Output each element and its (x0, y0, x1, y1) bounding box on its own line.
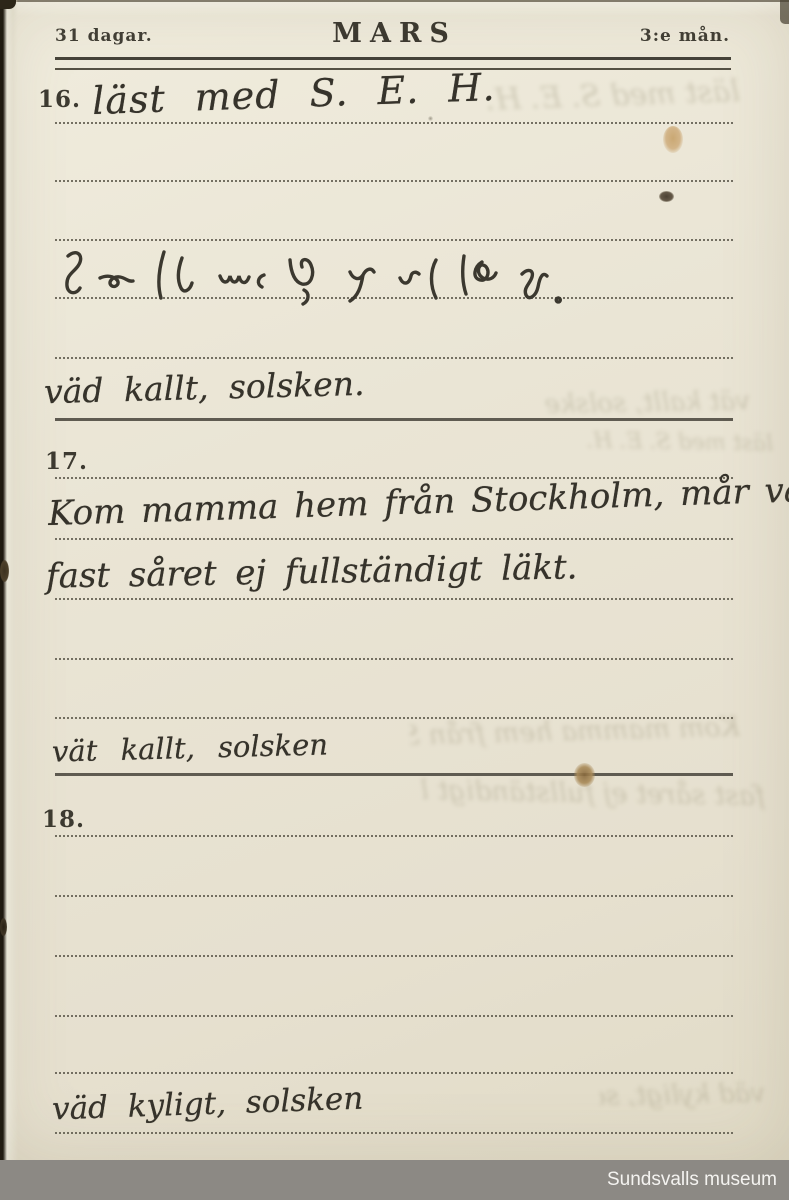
museum-credit-label: Sundsvalls museum (607, 1160, 777, 1200)
ruled-line (55, 538, 733, 540)
ruled-line (55, 598, 733, 600)
weather-note-16: väd kallt, solsken. (44, 364, 365, 411)
stitch-knot (0, 560, 9, 582)
ruled-line (55, 239, 733, 241)
ruled-line (55, 180, 733, 182)
ruled-line (55, 658, 733, 660)
stitch-knot (0, 918, 7, 936)
ruled-line (55, 717, 733, 719)
ruled-line (55, 955, 733, 957)
day-number-17: 17. (45, 448, 88, 475)
ruled-line (55, 122, 733, 124)
entry-17-line2: fast såret ej fullständigt läkt. (46, 547, 578, 596)
diary-scan: 31 dagar. MARS 3:e mån. 16. 17. 18. läst… (0, 0, 789, 1200)
ruled-line (55, 835, 733, 837)
day-number-18: 18. (42, 806, 85, 833)
ink-bleedthrough: vät kallt, solsken (545, 386, 750, 420)
page-top-edge (0, 0, 789, 2)
shorthand-scribble (52, 246, 592, 310)
ruled-line (55, 357, 733, 359)
entry-16-text: läst med S. E. H. (91, 65, 496, 123)
paper-stain (663, 126, 683, 153)
ruled-line (55, 1072, 733, 1074)
entry-17-line1: Kom mamma hem från Stockholm, mår väl (48, 470, 789, 534)
day-separator-line (55, 773, 733, 776)
weather-note-18: väd kyligt, solsken (51, 1081, 363, 1128)
ink-bleedthrough: väd kyligt, solsken (600, 1079, 765, 1112)
ruled-line (55, 1015, 733, 1017)
credit-bar: Sundsvalls museum (0, 1160, 789, 1200)
ink-bleedthrough: fast såret ej fullständigt läkt. (420, 775, 765, 812)
diary-page: 31 dagar. MARS 3:e mån. 16. 17. 18. läst… (0, 0, 789, 1160)
ink-bleedthrough: läst med S. E. H. (588, 428, 773, 456)
ruled-line (55, 1132, 733, 1134)
month-ordinal-label: 3:e mån. (640, 26, 730, 46)
ink-speck (659, 191, 674, 202)
ink-speck (428, 116, 433, 121)
page-edge-highlight (0, 2, 789, 16)
weather-note-17: vät kallt, solsken (52, 727, 329, 768)
day-separator-line (55, 418, 733, 421)
day-number-16: 16. (38, 86, 81, 113)
ruled-line (55, 895, 733, 897)
